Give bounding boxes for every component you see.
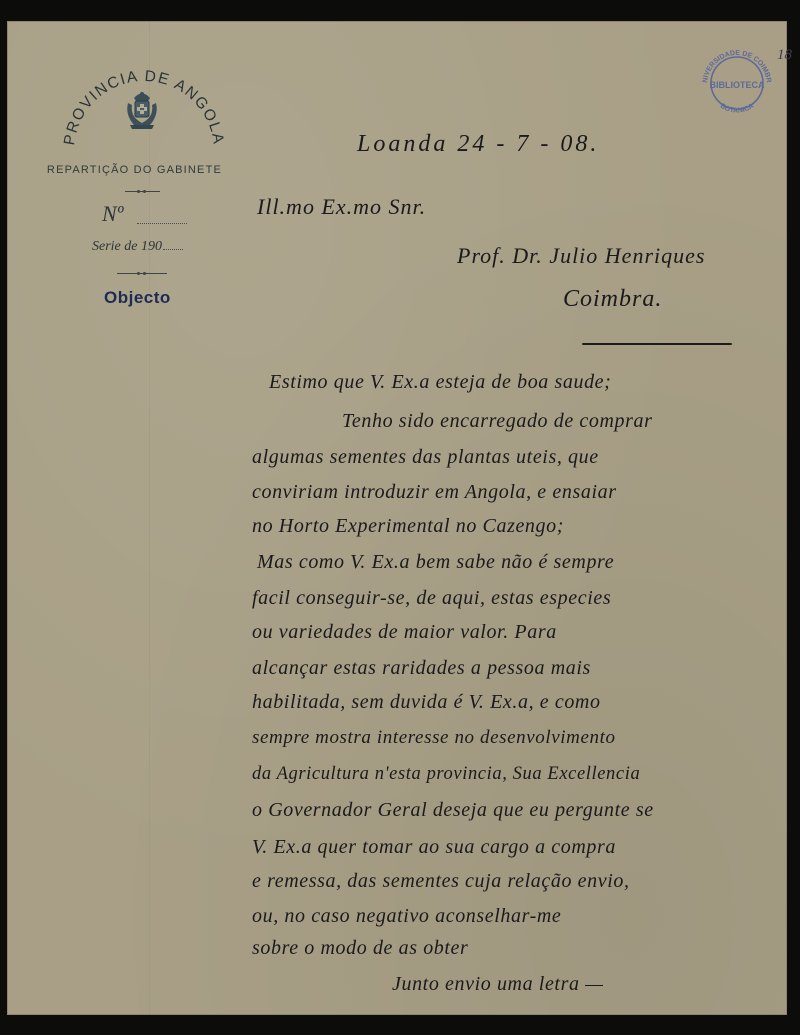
divider-ornament [117, 273, 167, 274]
letter-line: Tenho sido encarregado de comprar [342, 410, 653, 433]
svg-text:BOTANICA: BOTANICA [719, 103, 755, 115]
coat-of-arms-icon [122, 89, 162, 131]
letterhead: PROVINCIA DE ANGOLA REPARTIÇÃO DO GABINE… [32, 51, 262, 311]
recipient-name: Prof. Dr. Julio Henriques [457, 243, 705, 269]
letter-line: sempre mostra interesse no desenvolvimen… [252, 727, 616, 749]
number-label: Nº [102, 201, 124, 227]
letter-line: sobre o modo de as obter [252, 937, 468, 960]
salutation: Ill.mo Ex.mo Snr. [257, 194, 426, 220]
letter-line: V. Ex.a quer tomar ao sua cargo a compra [252, 836, 616, 859]
number-field-blank [137, 223, 187, 224]
library-stamp: UNIVERSIDADE DE COIMBRA BIBLIOTECA BOTAN… [697, 43, 777, 123]
letter-page: PROVINCIA DE ANGOLA REPARTIÇÃO DO GABINE… [7, 21, 787, 1015]
svg-text:BIBLIOTECA: BIBLIOTECA [710, 80, 765, 90]
letter-line: conviriam introduzir em Angola, e ensaia… [252, 481, 617, 504]
letter-line: da Agricultura n'esta provincia, Sua Exc… [252, 764, 640, 785]
recipient-city: Coimbra. [563, 286, 662, 313]
series-label: Serie de 190 [92, 239, 183, 255]
letter-line: facil conseguir-se, de aqui, estas espec… [252, 587, 611, 610]
department-title: REPARTIÇÃO DO GABINETE [32, 164, 237, 176]
letter-line: Junto envio uma letra — [392, 973, 604, 996]
letter-line: algumas sementes das plantas uteis, que [252, 446, 599, 469]
letter-line: o Governador Geral deseja que eu pergunt… [252, 799, 654, 822]
city-underline [582, 343, 732, 345]
subject-label: Objecto [104, 288, 171, 308]
letter-line: Estimo que V. Ex.a esteja de boa saude; [269, 371, 611, 394]
letter-line: habilitada, sem duvida é V. Ex.a, e como [252, 691, 601, 714]
page-number: 18 [777, 47, 792, 64]
letter-line: Mas como V. Ex.a bem sabe não é sempre [257, 551, 614, 574]
divider-ornament [125, 191, 160, 192]
place-date: Loanda 24 - 7 - 08. [357, 131, 599, 158]
letter-line: no Horto Experimental no Cazengo; [252, 515, 564, 538]
svg-text:UNIVERSIDADE DE COIMBRA: UNIVERSIDADE DE COIMBRA [697, 43, 772, 83]
letter-line: ou, no caso negativo aconselhar-me [252, 905, 561, 928]
letter-line: alcançar estas raridades a pessoa mais [252, 657, 591, 680]
letter-line: ou variedades de maior valor. Para [252, 621, 557, 644]
letter-line: e remessa, das sementes cuja relação env… [252, 870, 630, 893]
